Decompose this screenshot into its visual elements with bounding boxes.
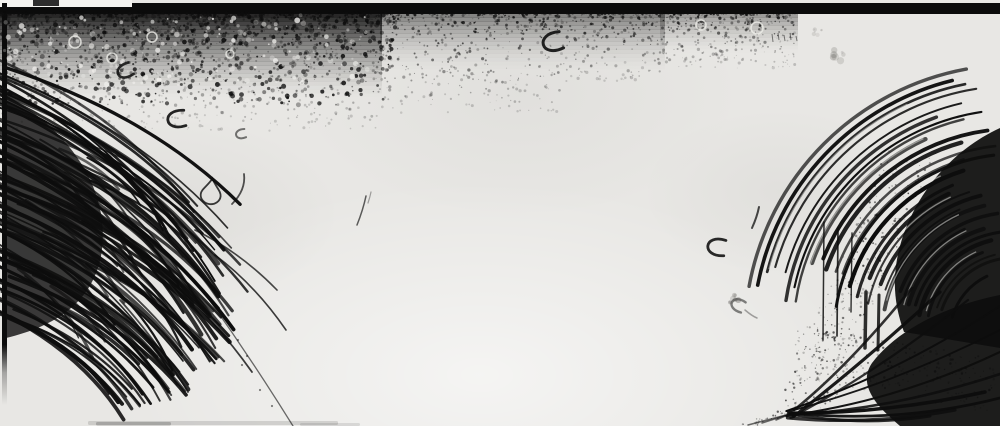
grass-blade [208,298,293,426]
rain-streak [752,207,759,228]
droplet-crescent [707,238,726,257]
droplet-crescent [235,129,246,140]
ink-smudge [812,27,823,37]
rain-streak [357,196,366,225]
bottom-edge-smudge [88,421,360,426]
manga-ink-panel [0,0,1000,426]
droplet-outline [200,178,223,206]
ink-artwork [0,0,1000,426]
right-grass-tuft [742,69,1000,426]
rain-streak [745,310,757,318]
left-grass-tuft [0,58,293,426]
stipple-wash [0,13,798,97]
ink-smudge [728,293,741,304]
ink-smudge [830,47,846,64]
rain-streak [368,192,371,203]
